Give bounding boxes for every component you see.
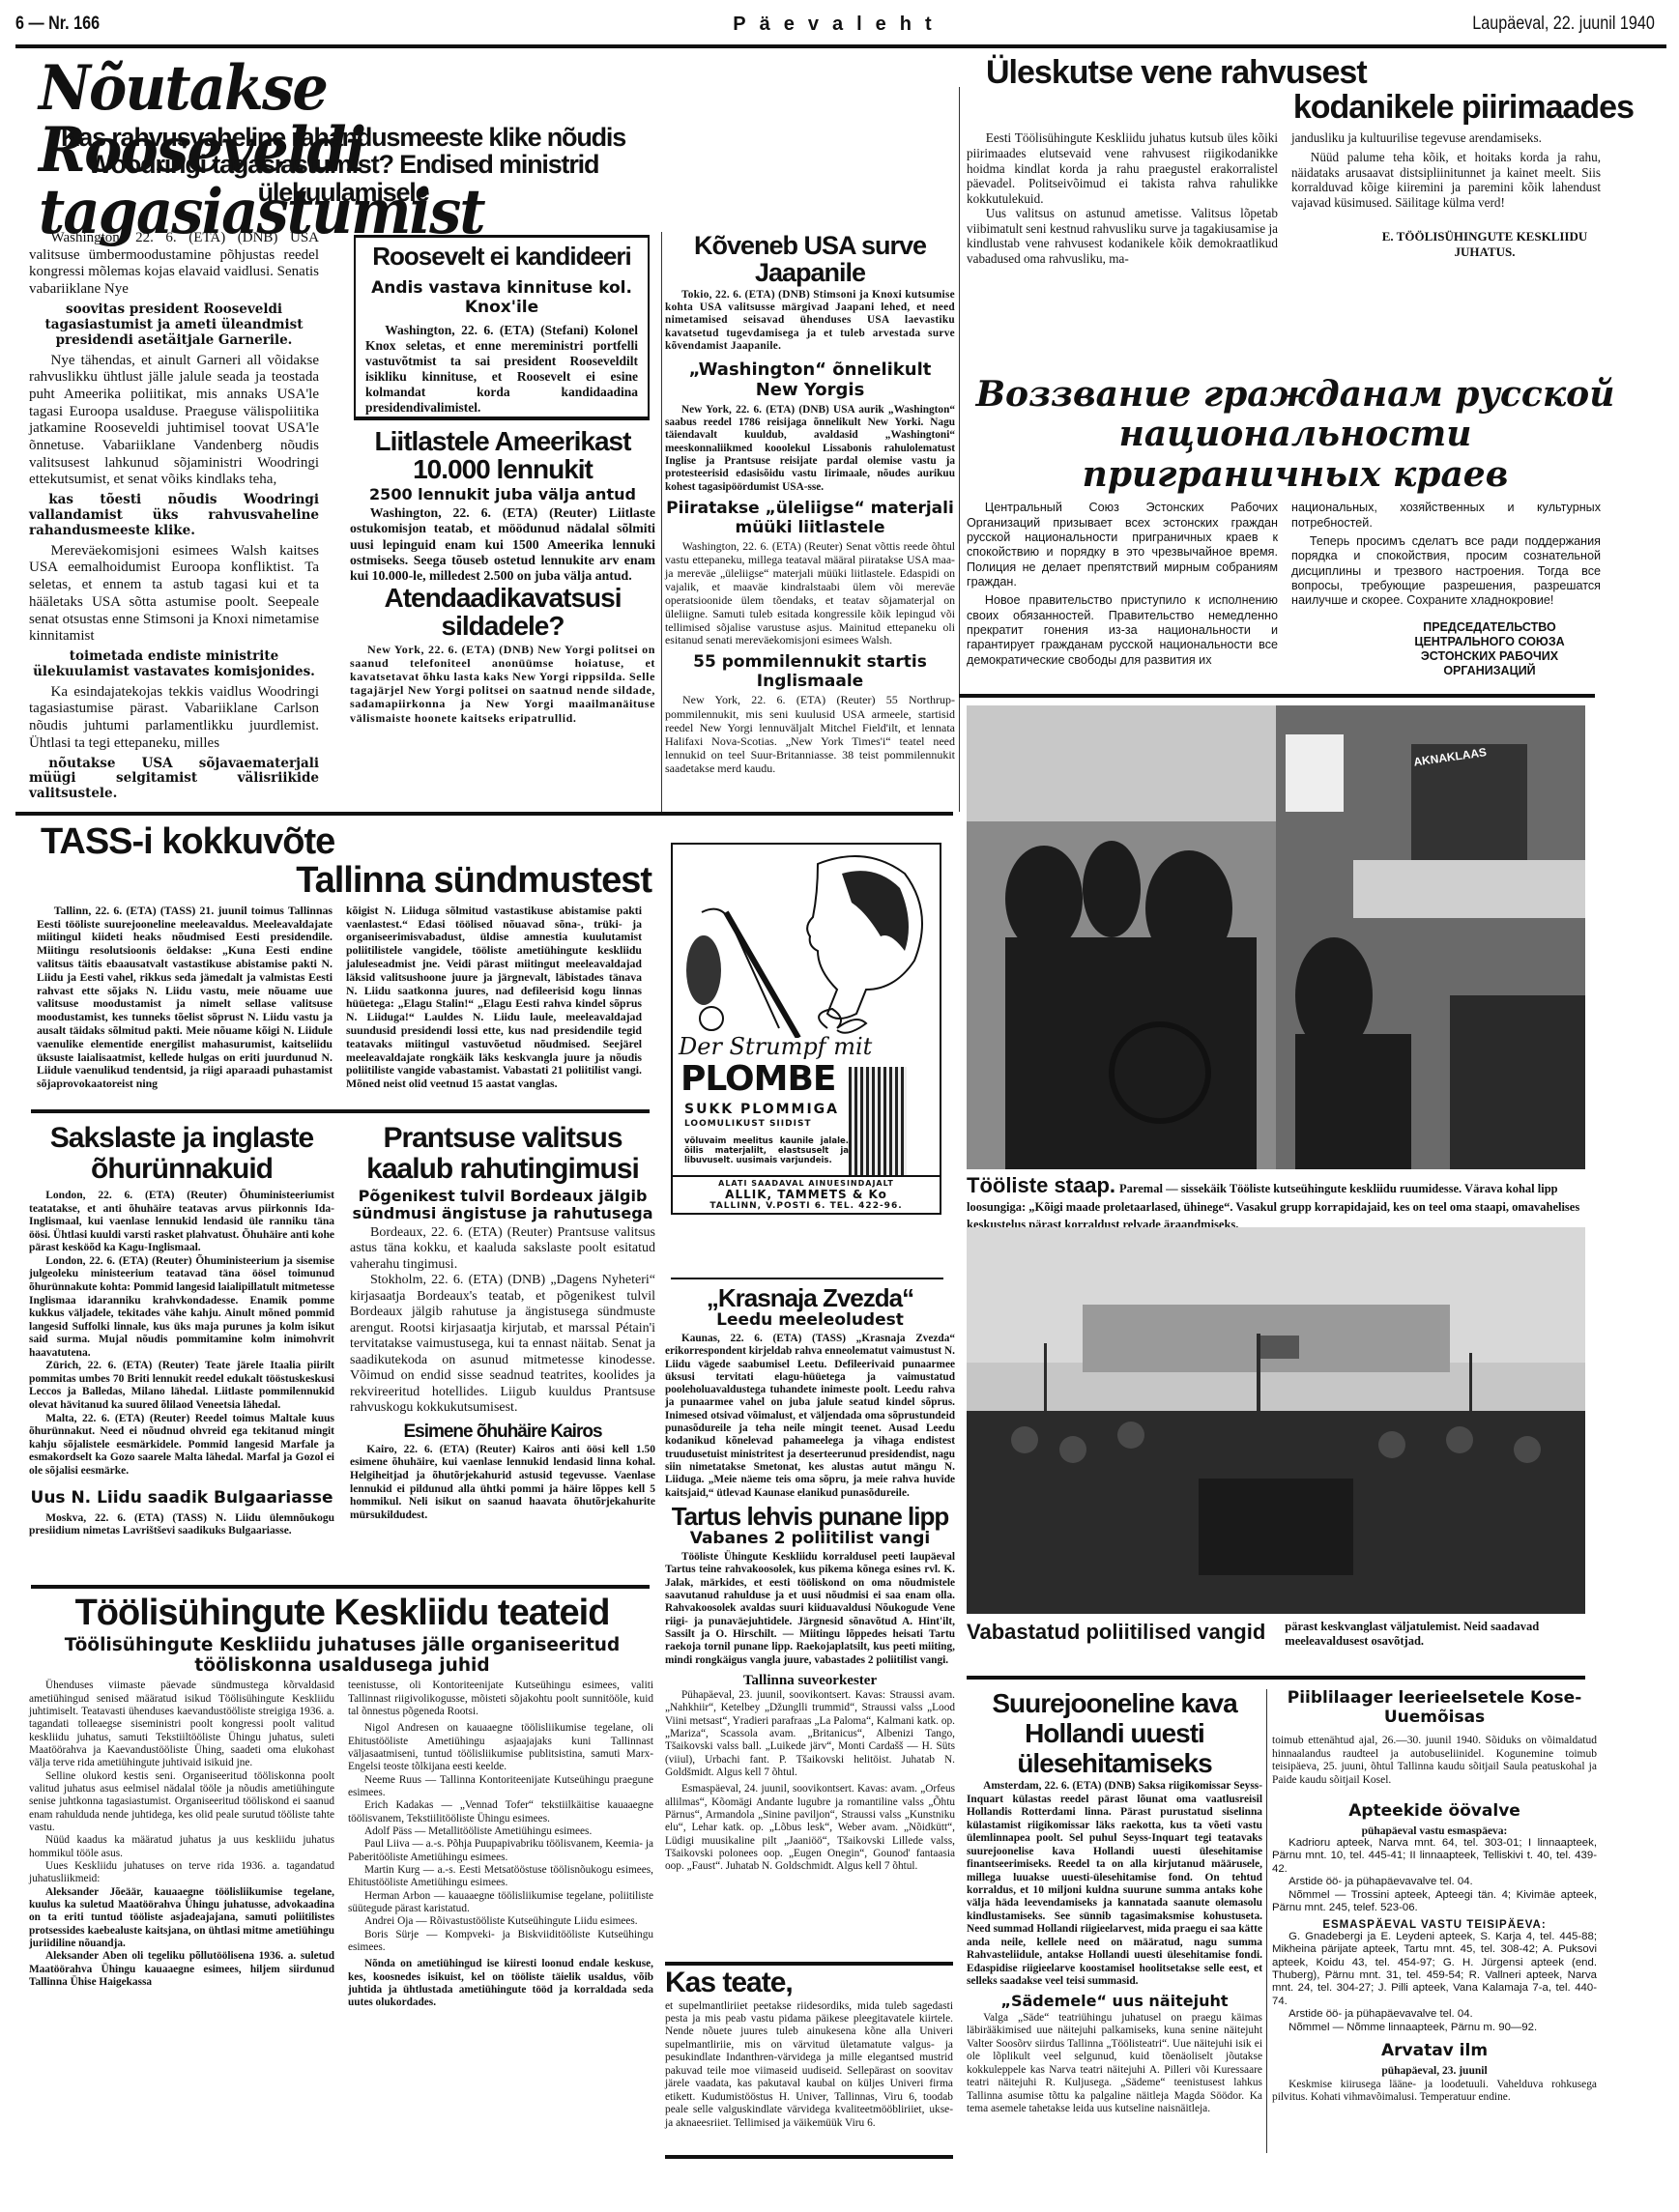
paragraph: Stokholm, 22. 6. (ETA) (DNB) „Dagens Nyh… — [350, 1273, 655, 1417]
paragraph: jandusliku ja kultuurilise tegevuse aren… — [1291, 130, 1601, 146]
paragraph: Nõnda on ametiühingud ise kiiresti loonu… — [348, 1958, 653, 2009]
ad-address: TALLINN, V.POSTI 6. TEL. 422-96. — [677, 1201, 936, 1211]
section-rule — [15, 812, 953, 816]
paragraph: Aleksander Jõeäär, kauaaegne töölisliiku… — [29, 1886, 334, 1951]
paragraph: Erich Kadakas — „Vennad Tofer“ tekstiilk… — [348, 1799, 653, 1825]
surplus-headline: Piiratakse „üleliigse“ materjali müüki l… — [665, 500, 955, 537]
newspaper-name: Päevaleht — [8, 14, 1670, 36]
paragraph: Esmaspäeval, 24. juunil, soovikontsert. … — [665, 1783, 955, 1873]
kas-teate-ad: Kas teate, et supelmantliriiet peetakse … — [665, 1968, 953, 2130]
pharmacy-line: G. Gnadebergi ja E. Leydeni apteek, S. K… — [1272, 1931, 1597, 2009]
ad-tagline-1: SUKK PLOMMIGA — [684, 1102, 839, 1117]
appeal-russian: Воззвание гражданам русской национальнос… — [967, 375, 1624, 678]
japan-body: Tokio, 22. 6. (ETA) (DNB) Stimsoni ja Kn… — [665, 289, 955, 354]
paragraph: Uus valitsus on astunud ametisse. Valits… — [967, 206, 1278, 266]
tass-story: TASS-i kokkuvõte Tallinna sündmustest Ta… — [37, 823, 655, 1091]
paragraph: Pühapäeval, 23. juunil, soovikontsert. K… — [665, 1689, 955, 1779]
bible-camp-body: toimub ettenähtud ajal, 26.—30. juunil 1… — [1272, 1735, 1597, 1787]
tass-headline-1: TASS-i kokkuvõte — [37, 823, 655, 862]
pharmacy-line: Nõmmel — Nõmme linnaapteek, Pärnu m. 90—… — [1272, 2022, 1597, 2034]
paragraph: Bordeaux, 22. 6. (ETA) (Reuter) Prantsus… — [350, 1225, 655, 1274]
paragraph: Новое правительство приступило к исполне… — [967, 593, 1278, 668]
tartu-headline: Tartus lehvis punane lipp — [665, 1504, 955, 1530]
cairo-headline: Esimene õhuhäire Kairos — [350, 1422, 655, 1442]
paragraph: London, 22. 6. (ETA) (Reuter) Õhuministe… — [29, 1190, 334, 1255]
paragraph: Ühenduses viimaste päevade sündmustega k… — [29, 1680, 334, 1769]
paragraph: Ka esindajatekojas tekkis vaidlus Woodri… — [29, 684, 319, 753]
stocking-illustration-icon — [849, 1067, 907, 1175]
paragraph: soovitas president Rooseveldi tagasiastu… — [29, 302, 319, 349]
krasnaja-subheadline: Leedu meeleoludest — [665, 1311, 955, 1331]
bombers-headline: 55 pommilennukit startis Inglismaale — [665, 653, 955, 691]
section-rule — [31, 1585, 650, 1589]
column-divider — [1266, 1689, 1267, 2153]
appeal-est-headline-1: Üleskutse vene rahvusest — [967, 56, 1663, 91]
right-notices: Piiblilaager leerieelsetele Kose-Uuemõis… — [1272, 1689, 1597, 2105]
ad-footer: ALATI SAADAVAL AINUESINDAJALT ALLIK, TAM… — [671, 1177, 941, 1215]
holland-headline: Suurejooneline kava Hollandi uuesti üles… — [967, 1689, 1262, 1778]
bridges-headline: Atendaadikavatsusi sildadele? — [350, 584, 655, 641]
paragraph: Herman Arbon — kauaaegne töölisliikumise… — [348, 1890, 653, 1916]
tartu-body: Tööliste Ühingute Keskliidu korraldusel … — [665, 1551, 955, 1667]
section-rule — [31, 1109, 650, 1113]
kas-teate-headline: Kas teate, — [665, 1968, 953, 1998]
photo2-caption-title: Vabastatud poliitilised vangid — [967, 1620, 1265, 1649]
section-rule — [959, 694, 1595, 698]
paragraph: Washington, 22. 6. (ETA) (DNB) USA valit… — [29, 230, 319, 299]
paragraph: Теперь просимъ сделатъ все ради поддержа… — [1291, 534, 1601, 609]
planes-story: Liitlastele Ameerikast 10.000 lennukit 2… — [350, 427, 655, 585]
sade-headline: „Sädemele“ uus näitejuht — [967, 1993, 1262, 2010]
unions-story: Töölisühingute Keskliidu teateid Töölisü… — [29, 1594, 655, 2010]
masthead-rule — [15, 44, 1666, 48]
photo2-caption-text: pärast keskvanglast väljatulemist. Neid … — [1285, 1620, 1585, 1649]
paragraph: Adolf Päss — Metallitööliste Ametiühingu… — [348, 1825, 653, 1838]
holland-story: Suurejooneline kava Hollandi uuesti üles… — [967, 1689, 1262, 2116]
tartu-subheadline: Vabanes 2 poliitilist vangi — [665, 1530, 955, 1549]
roosevelt-headline: Roosevelt ei kandideeri — [365, 244, 638, 270]
section-rule — [665, 1962, 953, 1966]
paragraph: Eesti Töölisühingute Keskliidu juhatus k… — [967, 130, 1278, 206]
bridges-story: Atendaadikavatsusi sildadele? New York, … — [350, 584, 655, 725]
bombers-body: New York, 22. 6. (ETA) (Reuter) 55 North… — [665, 693, 955, 775]
paragraph: Uues Keskliidu juhatuses on terve rida 1… — [29, 1860, 334, 1886]
paragraph: toimetada endiste ministrite ülekuulamis… — [29, 649, 319, 680]
air-raids-story: Sakslaste ja inglaste õhurünnakuid Londo… — [29, 1123, 334, 1538]
bulgaria-body: Moskva, 22. 6. (ETA) (TASS) N. Liidu üle… — [29, 1512, 334, 1538]
photo2-caption: Vabastatud poliitilised vangid pärast ke… — [967, 1620, 1585, 1649]
lead-subheadline: Kas rahvusvaheline rahandusmeeste klike … — [29, 124, 657, 206]
planes-body: Washington, 22. 6. (ETA) (Reuter) Liitla… — [350, 505, 655, 584]
tass-col2: kõigist N. Liiduga sõlmitud vastastikuse… — [346, 905, 642, 1091]
planes-headline: Liitlastele Ameerikast 10.000 lennukit — [350, 427, 655, 484]
paragraph: Nüüd kaadus ka määratud juhatus ja uus k… — [29, 1834, 334, 1860]
appeal-rus-headline: Воззвание гражданам русской национальнос… — [967, 375, 1624, 495]
column-divider — [661, 232, 662, 812]
paragraph: Paul Liiva — a.-s. Põhja Puupapivabriku … — [348, 1838, 653, 1864]
kas-teate-body: et supelmantliriiet peetakse riidesordik… — [665, 2000, 953, 2131]
weather-date: pühapäeval, 23. juunil — [1272, 2065, 1597, 2077]
paragraph: Aleksander Aben oli tegeliku põllutöölis… — [29, 1950, 334, 1989]
ad-company: ALLIK, TAMMETS & Ko — [677, 1188, 936, 1201]
appeal-rus-signature: ПРЕДСЕДАТЕЛЬСТВО ЦЕНТРАЛЬНОГО СОЮЗА ЭСТО… — [1291, 620, 1601, 678]
plombe-advertisement: Der Strumpf mit PLOMBE SUKK PLOMMIGA LOO… — [671, 843, 941, 1177]
ad-brand: PLOMBE — [680, 1059, 836, 1099]
planes-subheadline: 2500 lennukit juba välja antud — [350, 486, 655, 503]
weather-body: Keskmise kiirusega lääne- ja loodetuuli.… — [1272, 2079, 1597, 2105]
ad-tagline-2: LOOMULIKUST SIIDIST — [684, 1119, 812, 1129]
paragraph: Nye tähendas, et ainult Garneri all võid… — [29, 353, 319, 490]
paragraph: Nüüd palume teha kõik, et hoitaks korda … — [1291, 150, 1601, 210]
ad-script-line: Der Strumpf mit — [679, 1033, 872, 1060]
paragraph: Neeme Ruus — Tallinna Kontoriteenijate K… — [348, 1774, 653, 1800]
paragraph: Selline olukord kestis seni. Organiseeri… — [29, 1770, 334, 1835]
pharmacy-line: Kadrioru apteek, Narva mnt. 64, tel. 303… — [1272, 1837, 1597, 1876]
tass-col1: Tallinn, 22. 6. (ETA) (TASS) 21. juunil … — [37, 905, 333, 1091]
sade-body: Valga „Säde“ teatriühingu juhatusel on p… — [967, 2012, 1262, 2116]
issue-date: Laupäeval, 22. juunil 1940 — [1472, 14, 1655, 35]
krasnaja-headline: „Krasnaja Zvezda“ — [665, 1285, 955, 1311]
section-rule — [967, 1676, 1585, 1680]
krasnaja-body: Kaunas, 22. 6. (ETA) (TASS) „Krasnaja Zv… — [665, 1333, 955, 1500]
woman-illustration-icon — [673, 845, 940, 1038]
france-subheadline: Põgenikest tulvil Bordeaux jälgib sündmu… — [350, 1188, 655, 1223]
pharmacy-line: Nõmmel — Trossini apteek, Apteegi tän. 4… — [1272, 1889, 1597, 1915]
section-rule — [665, 2155, 953, 2159]
orchestra-headline: Tallinna suveorkester — [665, 1673, 955, 1689]
photo1-caption-title: Tööliste staap. — [967, 1173, 1115, 1197]
ad-description: võluvaim meelitus kaunile jalale. õilis … — [684, 1136, 849, 1166]
paragraph: London, 22. 6. (ETA) (Reuter) Õhuministe… — [29, 1255, 334, 1361]
tass-headline-2: Tallinna sündmustest — [37, 862, 655, 901]
air-raids-headline: Sakslaste ja inglaste õhurünnakuid — [29, 1123, 334, 1184]
bible-camp-headline: Piiblilaager leerieelsetele Kose-Uuemõis… — [1272, 1689, 1597, 1727]
pharmacies-section1-title: pühapäeval vastu esmaspäeva: — [1272, 1825, 1597, 1837]
unions-headline: Töölisühingute Keskliidu teateid — [29, 1594, 655, 1633]
weather-headline: Arvatav ilm — [1272, 2042, 1597, 2061]
photo-workers-headquarters: AKNAKLAAS — [967, 705, 1585, 1169]
holland-body: Amsterdam, 22. 6. (ETA) (DNB) Saksa riig… — [967, 1780, 1262, 1988]
photo-released-prisoners — [967, 1227, 1585, 1614]
paragraph: Nigol Andresen on kauaaegne töölisliikum… — [348, 1722, 653, 1773]
appeal-est-headline-2: kodanikele piirimaades — [967, 91, 1663, 126]
section-rule — [671, 1278, 943, 1279]
washington-ship-headline: „Washington“ õnnelikult New Yorgis — [665, 360, 955, 400]
pharmacies-headline: Apteekide öövalve — [1272, 1802, 1597, 1822]
france-headline: Prantsuse valitsus kaalub rahutingimusi — [350, 1123, 655, 1184]
middle-column-top: Kõveneb USA surve Jaapanile Tokio, 22. 6… — [665, 232, 955, 775]
paragraph: Andrei Oja — Rõivastustööliste Kutseühin… — [348, 1915, 653, 1928]
japan-headline: Kõveneb USA surve Jaapanile — [665, 232, 955, 287]
pharmacy-line: Arstide öö- ja pühapäevavalve tel. 04. — [1272, 2008, 1597, 2021]
pharmacies-section2-title: ESMASPÄEVAL VASTU TEISIPÄEVA: — [1272, 1919, 1597, 1931]
bulgaria-headline: Uus N. Liidu saadik Bulgaariasse — [29, 1489, 334, 1508]
france-story: Prantsuse valitsus kaalub rahutingimusi … — [350, 1123, 655, 1522]
appeal-est-signature: E. TÖÖLISÜHINGUTE KESKLIIDU JUHATUS. — [1291, 229, 1601, 259]
ad-availability: ALATI SAADAVAL AINUESINDAJALT — [677, 1179, 936, 1188]
masthead: 6 — Nr. 166 Päevaleht Laupäeval, 22. juu… — [8, 14, 1670, 43]
paragraph: Boris Sürje — Kompveki- ja Biskviiditööl… — [348, 1929, 653, 1955]
paragraph: Zürich, 22. 6. (ETA) (Reuter) Teate järe… — [29, 1360, 334, 1412]
bridges-body: New York, 22. 6. (ETA) (DNB) New Yorgi p… — [350, 643, 655, 725]
paragraph: Mereväekomisjoni esimees Walsh kaitses U… — [29, 543, 319, 646]
pharmacy-line: Arstide öö- ja pühapäevavalve tel. 04. — [1272, 1876, 1597, 1888]
paragraph: nõutakse USA sõjavaematerjali müügi selg… — [29, 757, 319, 803]
appeal-estonian: Üleskutse vene rahvusest kodanikele piir… — [967, 56, 1663, 267]
cairo-body: Kairo, 22. 6. (ETA) (Reuter) Kairos anti… — [350, 1444, 655, 1522]
paragraph: Центральный Союз Эстонских Рабочих Орган… — [967, 501, 1278, 589]
paragraph: teenistusse, oli Kontoriteenijate Kutseü… — [348, 1680, 653, 1718]
unions-subheadline: Töölisühingute Keskliidu juhatuses jälle… — [29, 1635, 655, 1677]
washington-ship-body: New York, 22. 6. (ETA) (DNB) USA aurik „… — [665, 404, 955, 494]
paragraph: национальных, хозяйственных и культурных… — [1291, 501, 1601, 531]
middle-column-bottom: „Krasnaja Zvezda“ Leedu meeleoludest Kau… — [665, 1285, 955, 1874]
photo1-caption: Tööliste staap. Paremal — sissekäik Tööl… — [967, 1173, 1585, 1233]
roosevelt-body: Washington, 22. 6. (ETA) (Stefani) Kolon… — [365, 323, 638, 416]
paragraph: Martin Kurg — a.-s. Eesti Metsatööstuse … — [348, 1864, 653, 1890]
column-divider — [959, 87, 960, 812]
paragraph: Malta, 22. 6. (ETA) (Reuter) Reedel toim… — [29, 1413, 334, 1479]
lead-story-body: Washington, 22. 6. (ETA) (DNB) USA valit… — [29, 230, 319, 802]
paragraph: kas tõesti nõudis Woodringi vallandamist… — [29, 493, 319, 539]
roosevelt-box: Roosevelt ei kandideeri Andis vastava ki… — [354, 235, 650, 420]
roosevelt-subheadline: Andis vastava kinnituse kol. Knox'ile — [365, 279, 638, 317]
surplus-body: Washington, 22. 6. (ETA) (Reuter) Senat … — [665, 540, 955, 647]
